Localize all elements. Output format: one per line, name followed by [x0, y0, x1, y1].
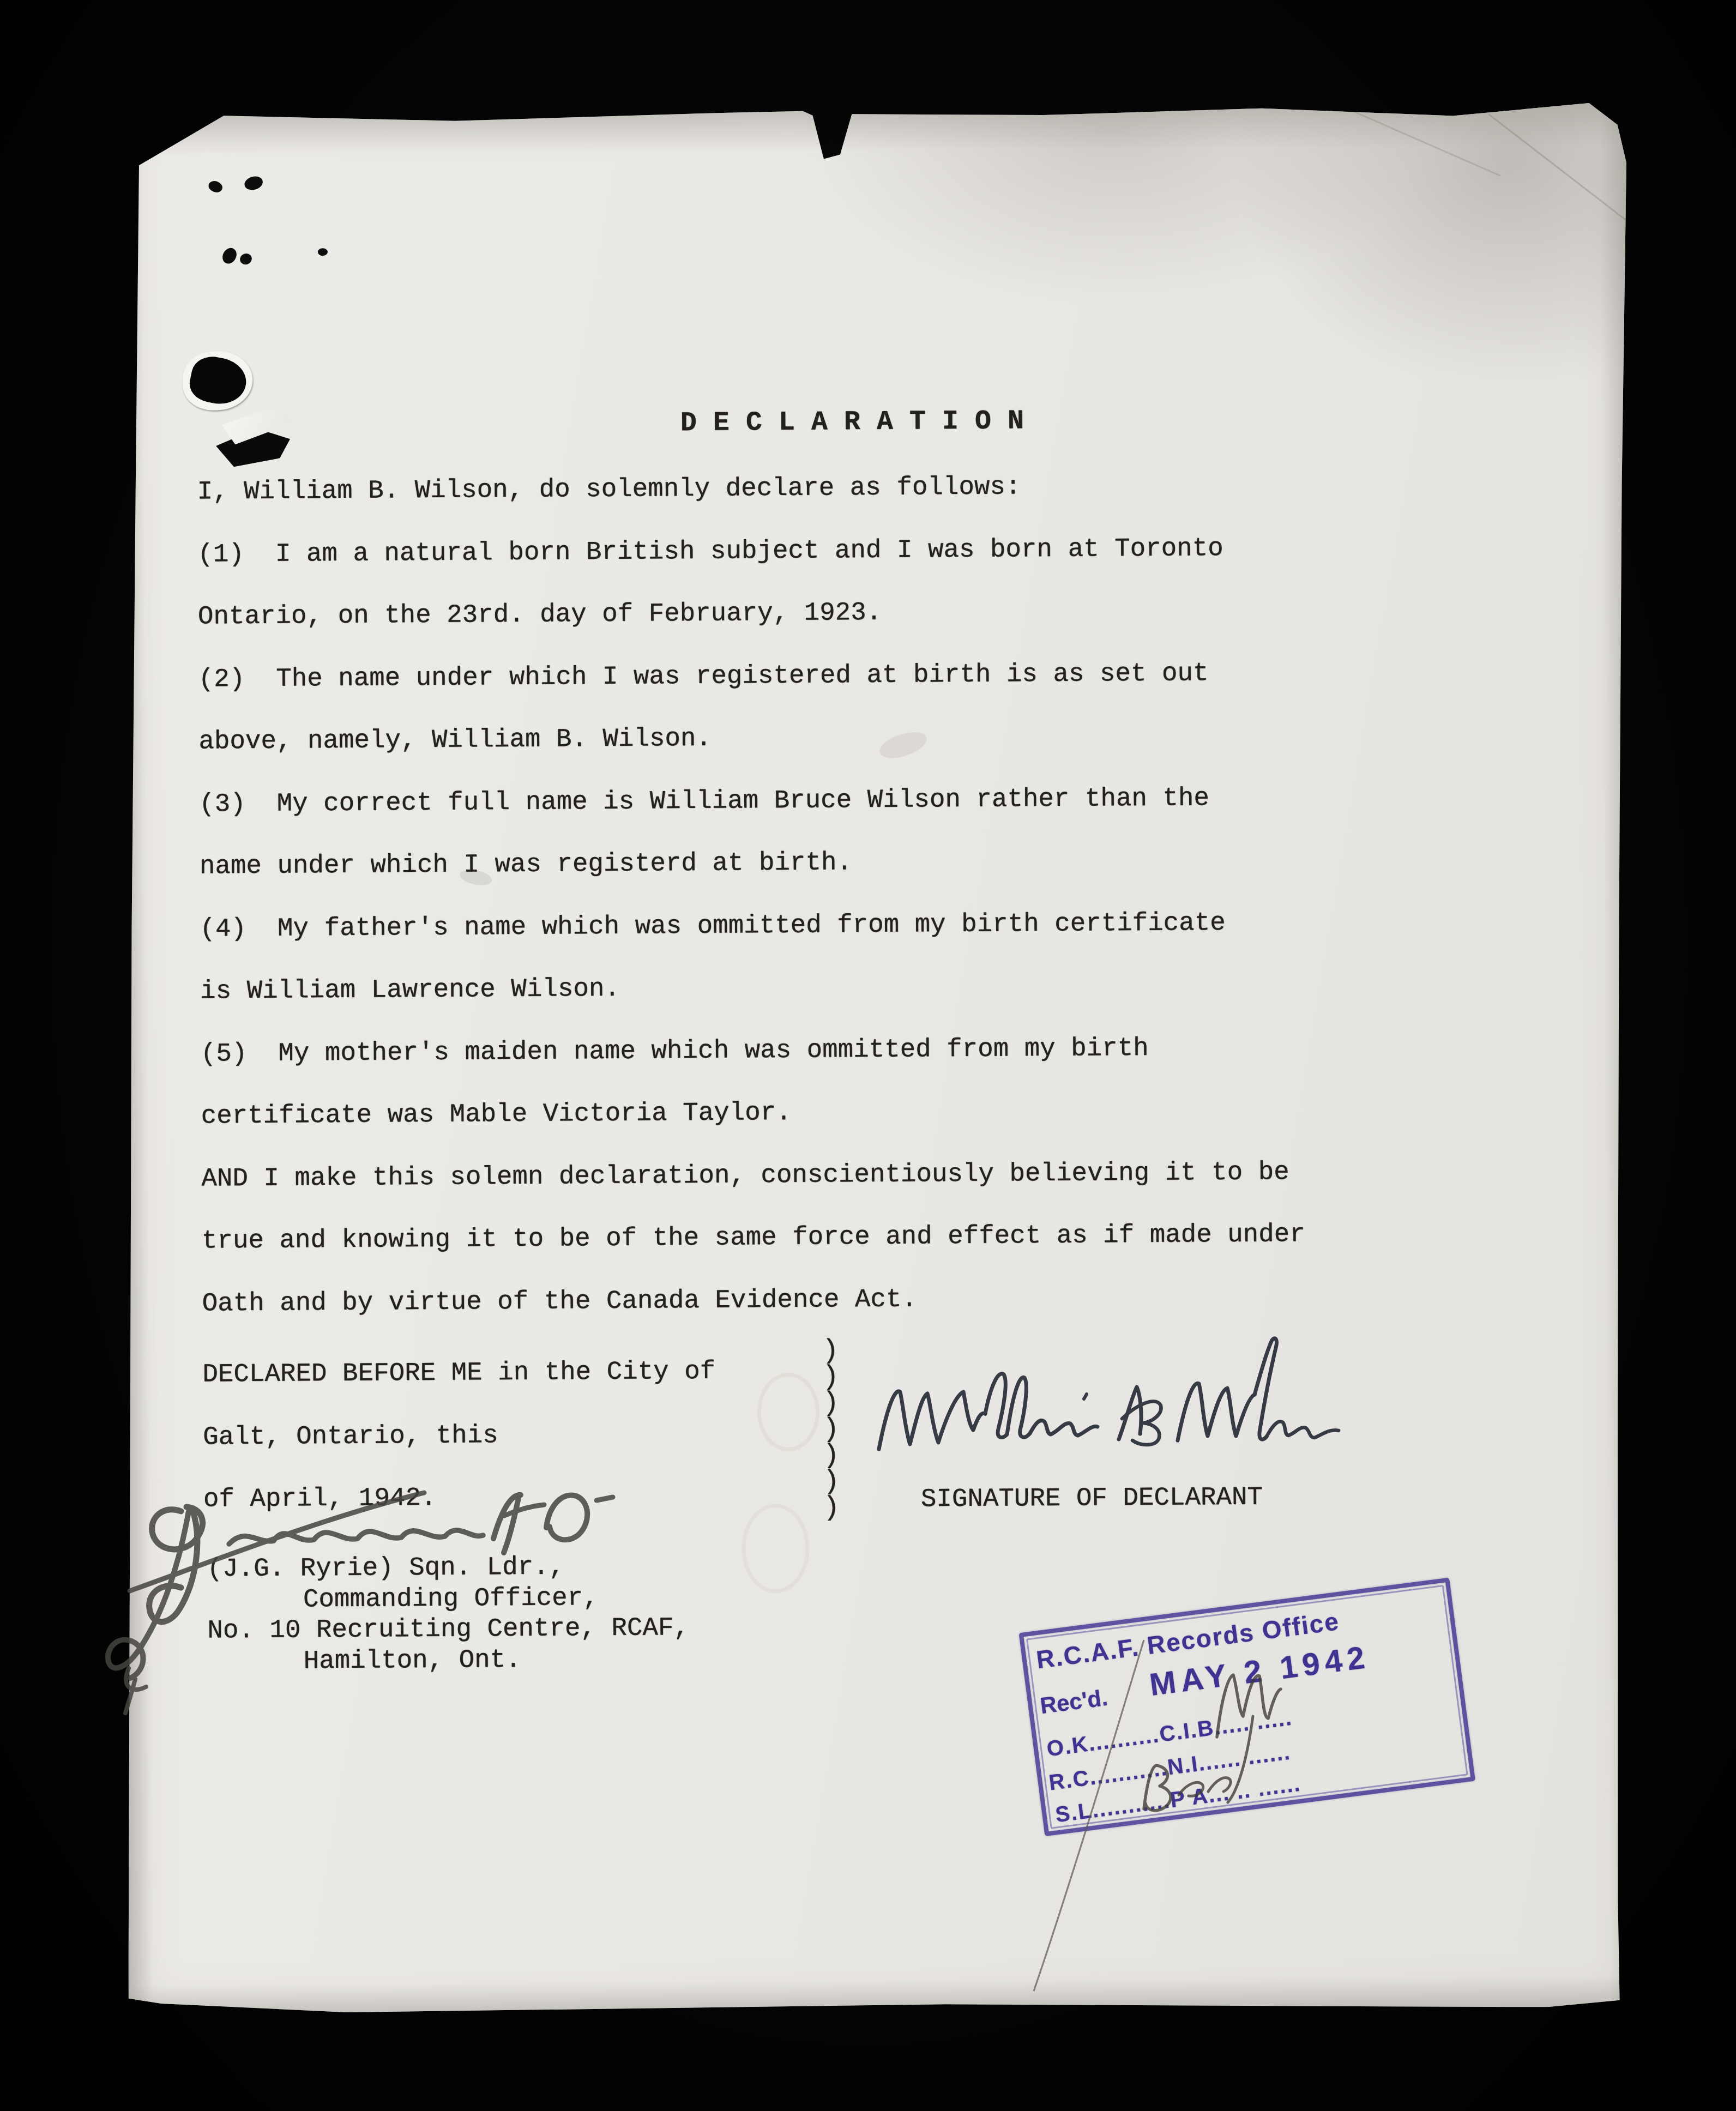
typed-line: Oath and by virtue of the Canada Evidenc… [202, 1266, 1306, 1335]
typed-line: name under which I was registerd at birt… [199, 829, 1303, 898]
bracket-glyph: ) [822, 1364, 839, 1390]
signature-of-declarant-label: SIGNATURE OF DECLARANT [921, 1483, 1263, 1515]
typed-line: AND I make this solemn declaration, cons… [201, 1141, 1305, 1210]
bracket-glyph: ) [823, 1416, 839, 1443]
typed-line: Ontario, on the 23rd. day of February, 1… [198, 579, 1302, 648]
typed-line: Commanding Officer, [303, 1582, 689, 1615]
staple-mark [243, 174, 264, 192]
typed-line: No. 10 Recruiting Centre, RCAF, [207, 1613, 689, 1646]
typed-line: (J.G. Ryrie) Sqn. Ldr., [207, 1551, 689, 1585]
bracket-glyph: ) [823, 1469, 840, 1495]
typed-line: Galt, Ontario, this [203, 1403, 716, 1468]
right-edge-shadow [1599, 103, 1638, 2007]
bracket-column: ))))))) [822, 1338, 840, 1521]
officer-attestation-block: (J.G. Ryrie) Sqn. Ldr.,Commanding Office… [207, 1551, 690, 1677]
typed-line: DECLARED BEFORE ME in the City of [202, 1341, 715, 1406]
bracket-glyph: ) [823, 1443, 839, 1469]
document-page: D E C L A R A T I O N I, William B. Wils… [117, 103, 1638, 2016]
typed-line: is William Lawrence Wilson. [200, 954, 1304, 1023]
typed-line: (3) My correct full name is William Bruc… [199, 767, 1303, 836]
corner-crease-line [1488, 113, 1674, 258]
bleed-through-mark [742, 1504, 810, 1594]
rcaf-records-stamp: R.C.A.F. Records Office Rec'd. MAY 2 194… [1018, 1578, 1475, 1837]
top-edge-shadow [117, 103, 1627, 156]
staple-mark [207, 179, 224, 195]
bracket-glyph: ) [823, 1390, 839, 1416]
bracket-glyph: ) [823, 1495, 840, 1521]
typed-line: (1) I am a natural born British subject … [197, 517, 1301, 586]
staple-mark [238, 252, 254, 266]
typed-line: (4) My father's name which was ommitted … [200, 891, 1304, 961]
body-text-block: I, William B. Wilson, do solemnly declar… [197, 454, 1306, 1335]
typed-line: (5) My mother's maiden name which was om… [201, 1016, 1305, 1085]
declared-before-me-block: DECLARED BEFORE ME in the City ofGalt, O… [202, 1341, 716, 1531]
staple-mark [220, 245, 239, 266]
top-center-shadow [798, 107, 1426, 307]
typed-line: Hamilton, Ont. [304, 1644, 690, 1677]
scanned-photo-background: D E C L A R A T I O N I, William B. Wils… [0, 0, 1736, 2111]
bottom-edge-shadow [128, 1976, 1638, 2016]
bracket-glyph: ) [822, 1338, 839, 1364]
typed-line: of April, 1942. [203, 1465, 716, 1531]
typed-line: true and knowing it to be of the same fo… [202, 1203, 1306, 1272]
left-edge-shadow [117, 112, 153, 2016]
corner-crease-line [1351, 110, 1501, 177]
staple-mark [318, 248, 328, 256]
bleed-through-mark [757, 1373, 820, 1452]
typed-line: certificate was Mable Victoria Taylor. [201, 1078, 1305, 1148]
top-right-crease-shadow [1207, 103, 1629, 411]
typed-line: I, William B. Wilson, do solemnly declar… [197, 454, 1301, 523]
typed-line: above, namely, William B. Wilson. [198, 704, 1303, 773]
stamp-received-label: Rec'd. [1039, 1685, 1109, 1720]
document-title: D E C L A R A T I O N [680, 406, 1024, 439]
typed-line: (2) The name under which I was registere… [198, 642, 1302, 711]
